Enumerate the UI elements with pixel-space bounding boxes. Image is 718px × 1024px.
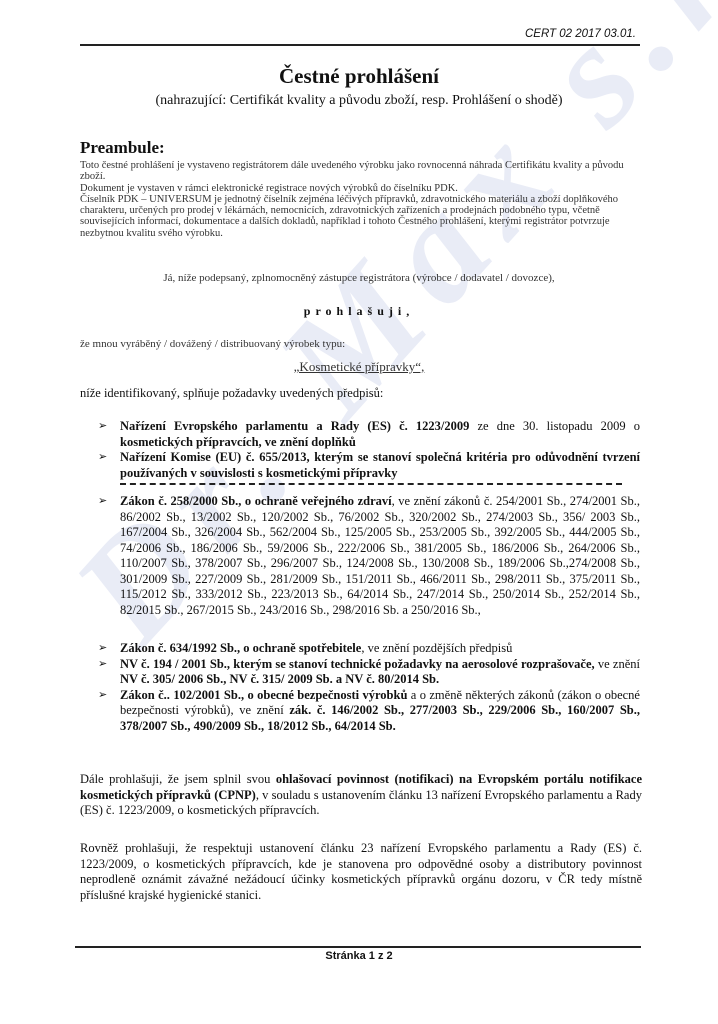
adverse-effects-paragraph: Rovněž prohlašuji, že respektuji ustanov… [80, 841, 642, 903]
regulation-item: ➢Zákon č.. 102/2001 Sb., o obecné bezpeč… [98, 688, 640, 735]
preamble-paragraph: Dokument je vystaven v rámci elektronick… [80, 183, 645, 194]
declarant-line: Já, níže podepsaný, zplnomocněný zástupc… [0, 272, 718, 284]
arrow-bullet-icon: ➢ [98, 450, 107, 466]
document-page: CERT 02 2017 03.01. Čestné prohlášení (n… [0, 0, 718, 1024]
regulations-intro: níže identifikovaný, splňuje požadavky u… [80, 386, 383, 401]
arrow-bullet-icon: ➢ [98, 657, 107, 673]
notification-paragraph: Dále prohlašuji, že jsem splnil svou ohl… [80, 772, 642, 819]
regulation-item: ➢Zákon č. 258/2000 Sb., o ochraně veřejn… [98, 494, 640, 618]
regulation-item: ➢Zákon č. 634/1992 Sb., o ochraně spotře… [98, 641, 640, 657]
document-subtitle: (nahrazující: Certifikát kvality a původ… [0, 93, 718, 109]
certificate-code: CERT 02 2017 03.01. [525, 28, 636, 40]
regulation-item: ➢NV č. 194 / 2001 Sb., kterým se stanoví… [98, 657, 640, 688]
regulations-group-other: ➢Zákon č. 634/1992 Sb., o ochraně spotře… [98, 641, 640, 734]
dashed-separator [120, 483, 622, 485]
page-number: Stránka 1 z 2 [0, 950, 718, 962]
preamble-text: Toto čestné prohlášení je vystaveno regi… [80, 160, 645, 239]
regulation-item: ➢Nařízení Komise (EU) č. 655/2013, který… [98, 450, 640, 481]
arrow-bullet-icon: ➢ [98, 641, 107, 657]
header-rule [80, 44, 640, 46]
document-title: Čestné prohlášení [0, 64, 718, 89]
regulations-group-eu: ➢Nařízení Evropského parlamentu a Rady (… [98, 419, 640, 481]
product-line: že mnou vyráběný / dovážený / distribuov… [80, 338, 345, 350]
declare-heading: prohlašuji, [0, 304, 718, 319]
preamble-heading: Preambule: [80, 138, 165, 158]
footer-rule [75, 946, 641, 948]
regulation-item: ➢Nařízení Evropského parlamentu a Rady (… [98, 419, 640, 450]
arrow-bullet-icon: ➢ [98, 419, 107, 435]
preamble-paragraph: Číselník PDK – UNIVERSUM je jednotný čís… [80, 194, 645, 239]
regulations-group-health: ➢Zákon č. 258/2000 Sb., o ochraně veřejn… [98, 494, 640, 618]
arrow-bullet-icon: ➢ [98, 494, 107, 510]
arrow-bullet-icon: ➢ [98, 688, 107, 704]
product-type: „Kosmetické přípravky“, [0, 359, 718, 375]
preamble-paragraph: Toto čestné prohlášení je vystaveno regi… [80, 160, 645, 183]
